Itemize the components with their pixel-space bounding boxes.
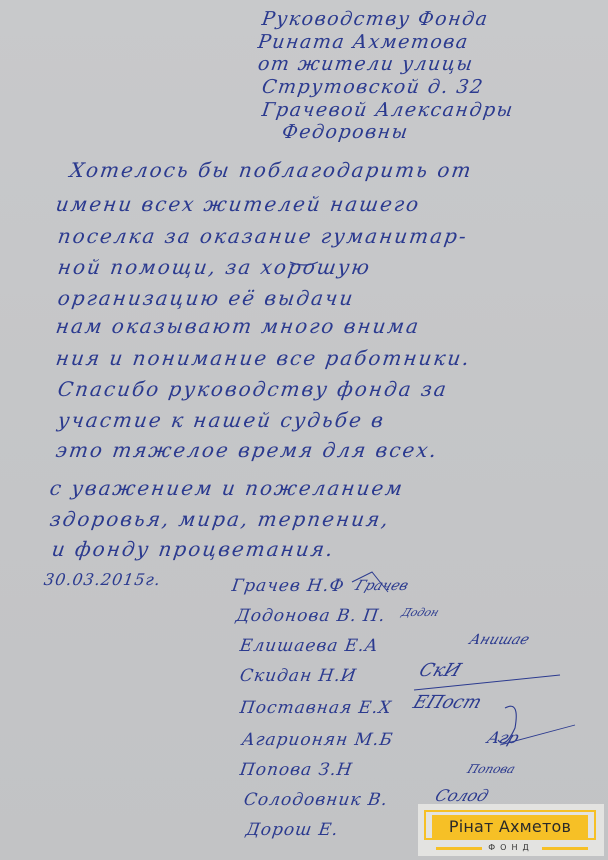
foundation-logo: Рінат Ахметов ФОНД	[418, 804, 604, 856]
logo-subtitle: ФОНД	[418, 842, 604, 854]
signature-flourishes	[0, 0, 608, 860]
scanned-letter-page: Руководству Фонда Рината Ахметова от жит…	[0, 0, 608, 860]
logo-name: Рінат Ахметов	[432, 815, 588, 838]
